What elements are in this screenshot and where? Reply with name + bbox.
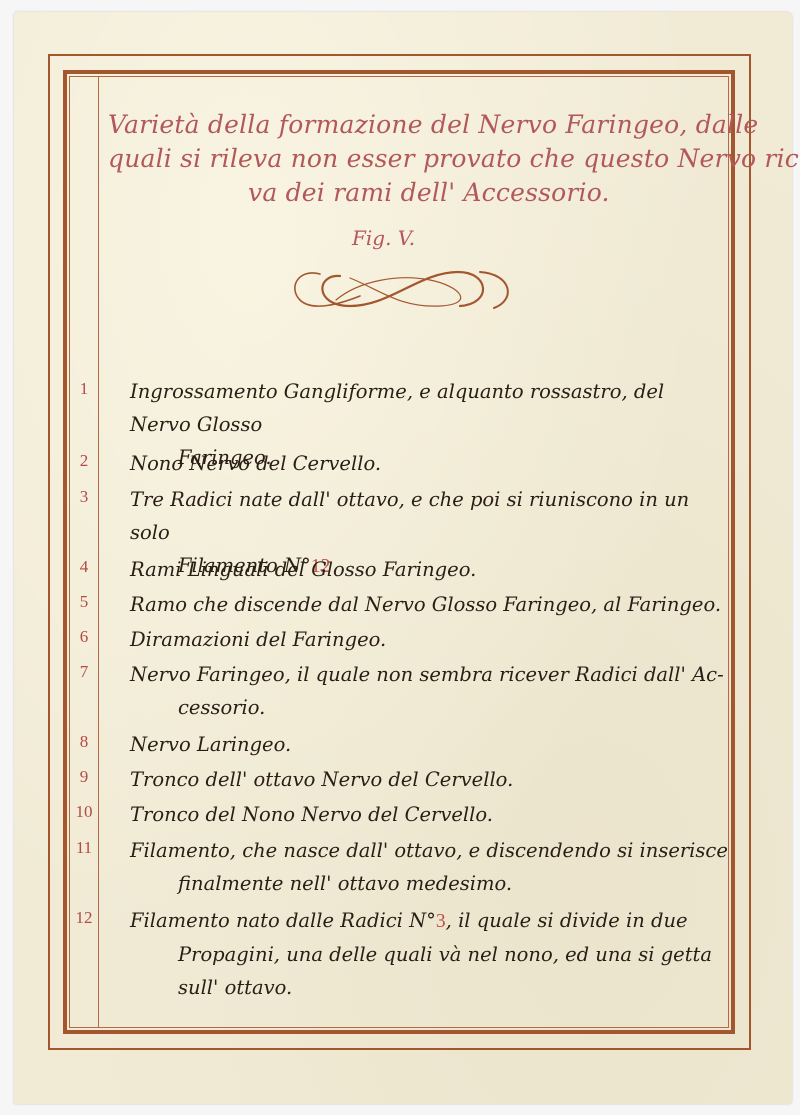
list-item: 4 Rami Linguali del Glosso Faringeo.: [70, 553, 730, 588]
entry-number: 2: [70, 447, 98, 483]
entry-text: Filamento, che nasce dall' ottavo, e dis…: [130, 834, 730, 904]
entry-number: 6: [70, 623, 98, 658]
entry-number: 11: [70, 834, 98, 904]
list-item: 7 Nervo Faringeo, il quale non sembra ri…: [70, 658, 730, 728]
entry-text: Ingrossamento Gangliforme, e alquanto ro…: [130, 375, 730, 447]
list-item: 11 Filamento, che nasce dall' ottavo, e …: [70, 834, 730, 904]
cross-reference-number: 3: [436, 911, 446, 932]
entry-text: Tre Radici nate dall' ottavo, e che poi …: [130, 483, 730, 553]
entry-number: 5: [70, 588, 98, 623]
title-line: va dei rami dell' Accessorio.: [108, 176, 668, 210]
list-item: 5 Ramo che discende dal Nervo Glosso Far…: [70, 588, 730, 623]
entry-number: 4: [70, 553, 98, 588]
list-item: 2 Nono Nervo del Cervello.: [70, 447, 730, 483]
entry-number: 7: [70, 658, 98, 728]
list-item: 3 Tre Radici nate dall' ottavo, e che po…: [70, 483, 730, 553]
list-item: 12 Filamento nato dalle Radici N°3, il q…: [70, 904, 730, 1008]
entry-text: Tronco dell' ottavo Nervo del Cervello.: [130, 763, 730, 798]
entry-text: Rami Linguali del Glosso Faringeo.: [130, 553, 730, 588]
entry-text: Diramazioni del Faringeo.: [130, 623, 730, 658]
entry-number: 9: [70, 763, 98, 798]
list-item: 1 Ingrossamento Gangliforme, e alquanto …: [70, 375, 730, 447]
entry-text: Ramo che discende dal Nervo Glosso Farin…: [130, 588, 730, 623]
legend-list: 1 Ingrossamento Gangliforme, e alquanto …: [70, 375, 730, 1008]
title-line: Varietà della formazione del Nervo Farin…: [108, 108, 668, 142]
page-title: Varietà della formazione del Nervo Farin…: [108, 108, 668, 210]
flourish-ornament-icon: [280, 260, 520, 314]
entry-number: 8: [70, 728, 98, 763]
entry-number: 1: [70, 375, 98, 447]
list-item: 6 Diramazioni del Faringeo.: [70, 623, 730, 658]
entry-text: Filamento nato dalle Radici N°3, il qual…: [130, 904, 730, 1008]
entry-text: Nono Nervo del Cervello.: [130, 447, 730, 483]
list-item: 8 Nervo Laringeo.: [70, 728, 730, 763]
list-item: 9 Tronco dell' ottavo Nervo del Cervello…: [70, 763, 730, 798]
list-item: 10 Tronco del Nono Nervo del Cervello.: [70, 798, 730, 834]
entry-number: 3: [70, 483, 98, 553]
entry-text: Nervo Laringeo.: [130, 728, 730, 763]
figure-label: Fig. V.: [352, 226, 415, 250]
entry-number: 12: [70, 904, 98, 1008]
title-line: quali si rileva non esser provato che qu…: [108, 142, 668, 176]
entry-text: Tronco del Nono Nervo del Cervello.: [130, 798, 730, 834]
entry-text: Nervo Faringeo, il quale non sembra rice…: [130, 658, 730, 728]
entry-number: 10: [70, 798, 98, 834]
